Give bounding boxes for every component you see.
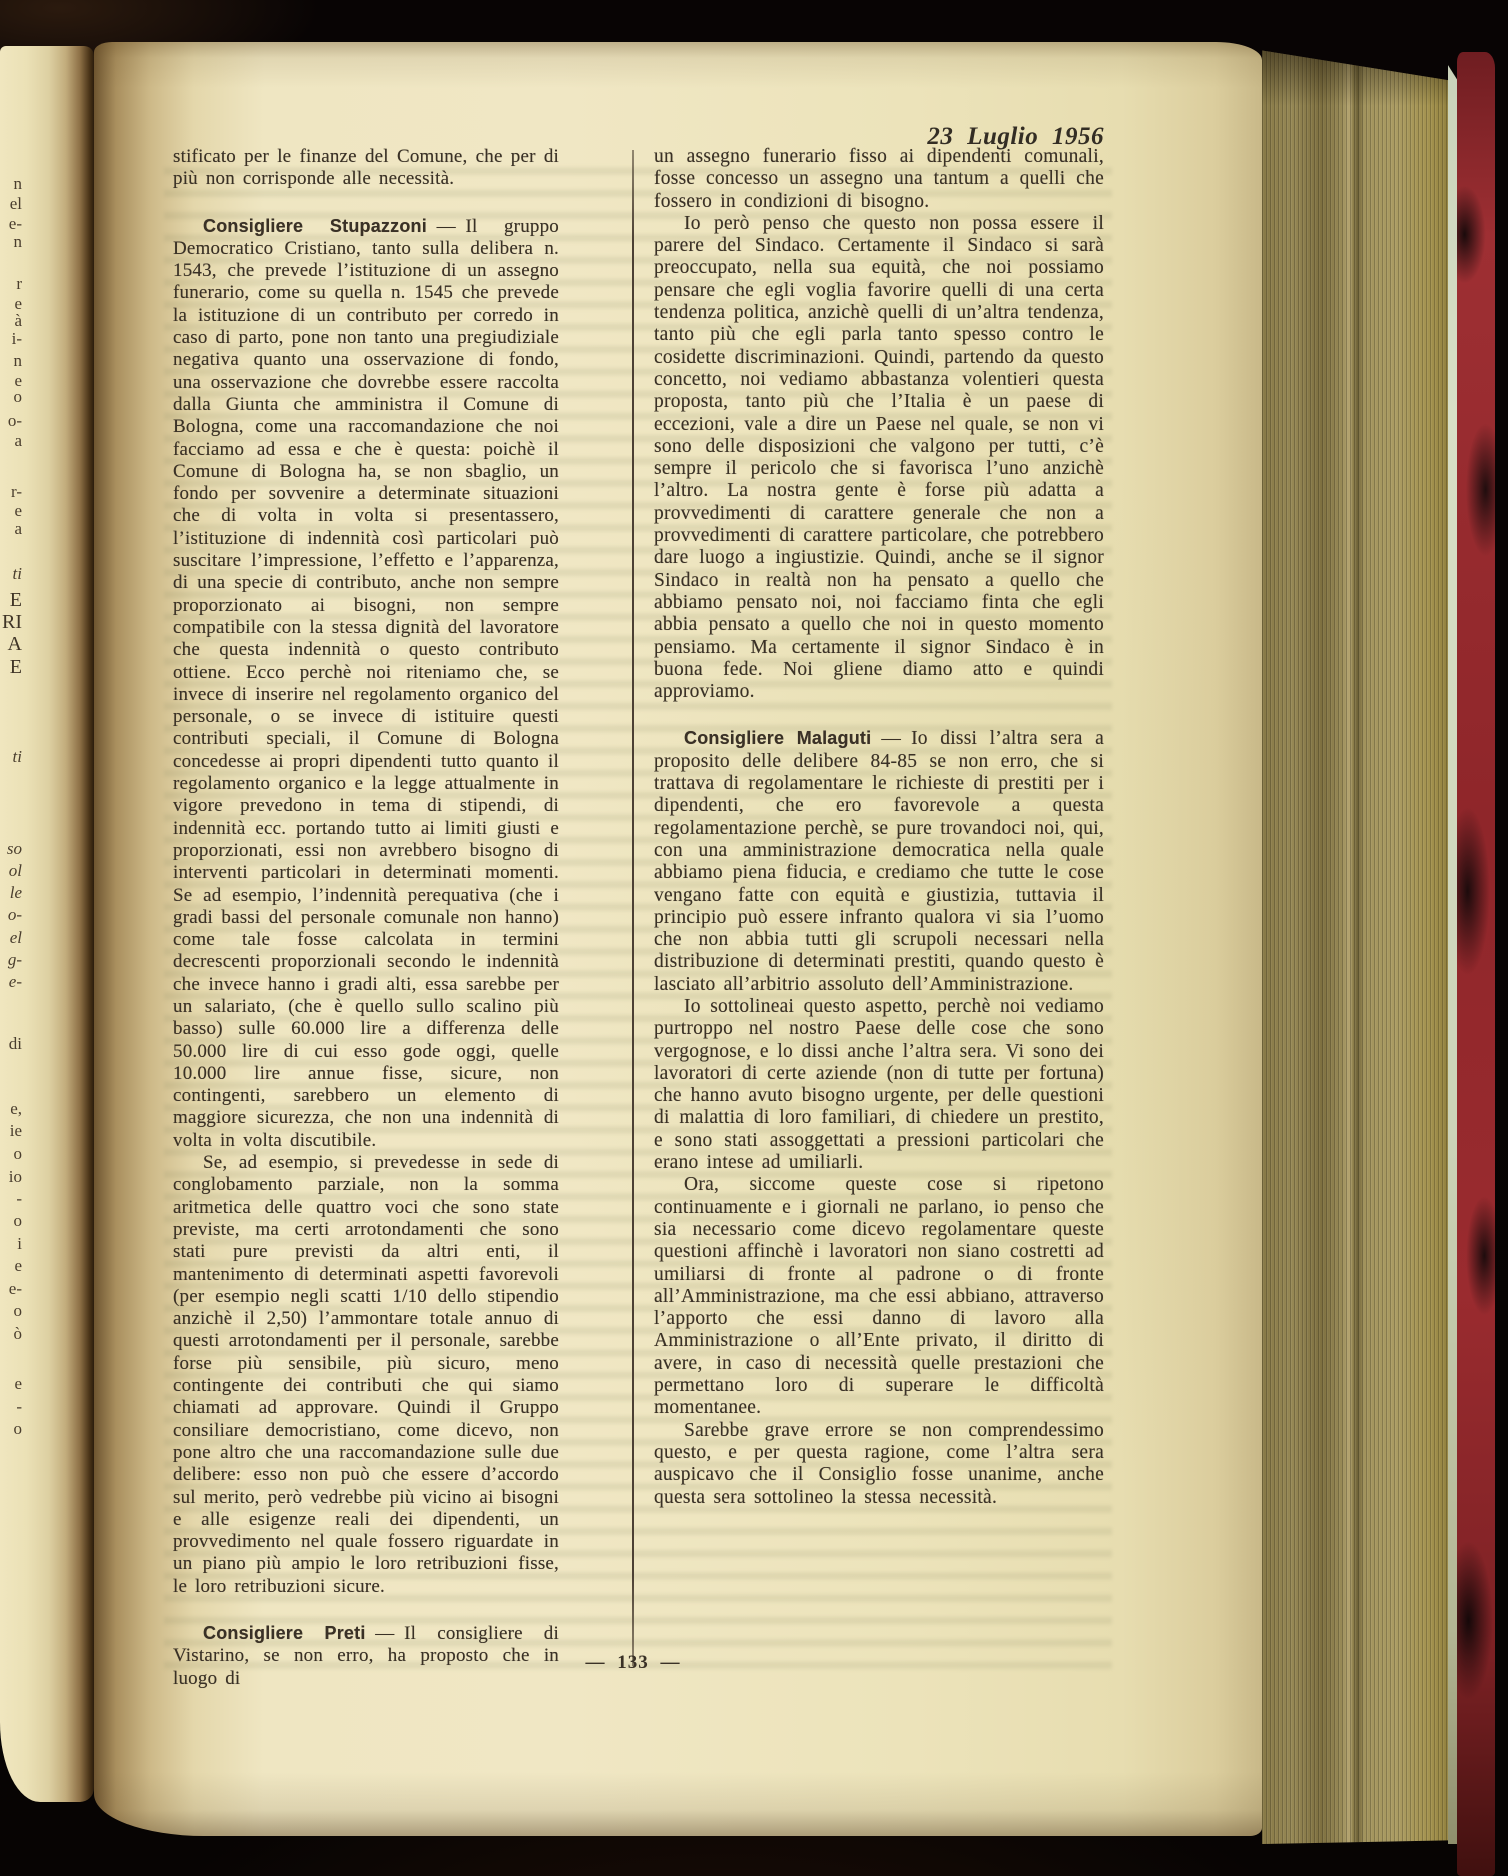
speaker-name: Consigliere Stupazzoni (203, 216, 427, 236)
book-photo: nele-nreài-neoo-ar-eatiERIAEtisoolleo-el… (0, 0, 1508, 1876)
left-edge-fragment: le (0, 884, 22, 901)
left-edge-fragment: so (0, 840, 22, 857)
body-paragraph: Sarebbe grave errore se non comprendessi… (654, 1420, 1104, 1509)
speaker-name: Consigliere Preti (203, 1623, 366, 1643)
column-divider-rule (632, 150, 634, 1666)
body-paragraph: Ora, siccome queste cose si ripetono con… (654, 1174, 1104, 1419)
fore-edge-page-stack (1262, 46, 1448, 1844)
speech-paragraph: Consigliere Preti — Il consigliere di Vi… (173, 1622, 559, 1690)
left-edge-fragment: io (0, 1168, 22, 1185)
left-edge-fragment: el (0, 195, 22, 212)
body-paragraph: Io sottolineai questo aspetto, perchè no… (654, 996, 1104, 1174)
left-edge-fragment: e- (0, 215, 22, 232)
left-edge-fragment: e- (0, 973, 22, 990)
left-edge-fragment: a (0, 432, 22, 449)
speech-paragraph: Consigliere Malaguti — Io dissi l’altra … (654, 727, 1104, 996)
body-paragraph: Se, ad esempio, si prevedesse in sede di… (173, 1152, 559, 1598)
left-edge-fragment: r (0, 275, 22, 292)
left-edge-fragment: n (0, 233, 22, 250)
left-edge-fragment: e- (0, 1280, 22, 1297)
left-edge-fragment: n (0, 175, 22, 192)
left-edge-fragment: à (0, 312, 22, 329)
left-edge-fragment: g- (0, 951, 22, 968)
left-edge-fragment: e (0, 502, 22, 519)
left-edge-fragment: o (0, 388, 22, 405)
left-edge-fragment: o (0, 1302, 22, 1319)
marbled-cover (1457, 52, 1495, 1876)
left-edge-fragment: r- (0, 483, 22, 500)
left-edge-fragment: RI (0, 612, 22, 632)
left-edge-fragment: a (0, 520, 22, 537)
left-edge-fragment: o- (0, 412, 22, 429)
left-edge-fragment: n (0, 352, 22, 369)
body-paragraph: Io però penso che questo non possa esser… (654, 213, 1104, 704)
endpaper-edge (1448, 58, 1457, 1844)
speech-paragraph: Consigliere Stupazzoni — Il gruppo Democ… (173, 215, 559, 1152)
left-edge-fragment: ò (0, 1325, 22, 1342)
left-edge-fragment: A (0, 634, 22, 654)
left-edge-fragment: o (0, 1212, 22, 1229)
left-edge-fragment: i- (0, 330, 22, 347)
left-edge-fragment: e (0, 1375, 22, 1392)
left-edge-fragment: - (0, 1190, 22, 1207)
left-edge-fragment: - (0, 1398, 22, 1415)
left-edge-fragment: e, (0, 1100, 22, 1117)
left-edge-fragment: ti (0, 748, 22, 765)
speaker-name: Consigliere Malaguti (684, 728, 871, 748)
right-column: un assegno funerario fisso ai dipendenti… (654, 146, 1104, 1509)
left-edge-fragment: o (0, 1420, 22, 1437)
left-edge-fragment: E (0, 590, 22, 610)
left-edge-fragment: o- (0, 906, 22, 923)
left-column: stificato per le finanze del Comune, che… (173, 146, 559, 1690)
book-page: 23 Luglio 1956 stificato per le finanze … (94, 42, 1262, 1836)
left-edge-fragment: ti (0, 565, 22, 582)
left-edge-fragment: di (0, 1035, 22, 1052)
left-edge-fragment: e (0, 1257, 22, 1274)
left-edge-fragment: el (0, 929, 22, 946)
left-edge-fragment: ie (0, 1122, 22, 1139)
page-number: — 133 — (533, 1652, 733, 1674)
facing-page-edge: nele-nreài-neoo-ar-eatiERIAEtisoolleo-el… (0, 46, 94, 1802)
left-edge-fragment: o (0, 1145, 22, 1162)
left-edge-fragment: E (0, 657, 22, 677)
left-edge-fragment: e (0, 295, 22, 312)
left-edge-fragment: i (0, 1235, 22, 1252)
body-paragraph: un assegno funerario fisso ai dipendenti… (654, 146, 1104, 213)
left-edge-fragment: ol (0, 862, 22, 879)
body-paragraph: stificato per le finanze del Comune, che… (173, 146, 559, 191)
